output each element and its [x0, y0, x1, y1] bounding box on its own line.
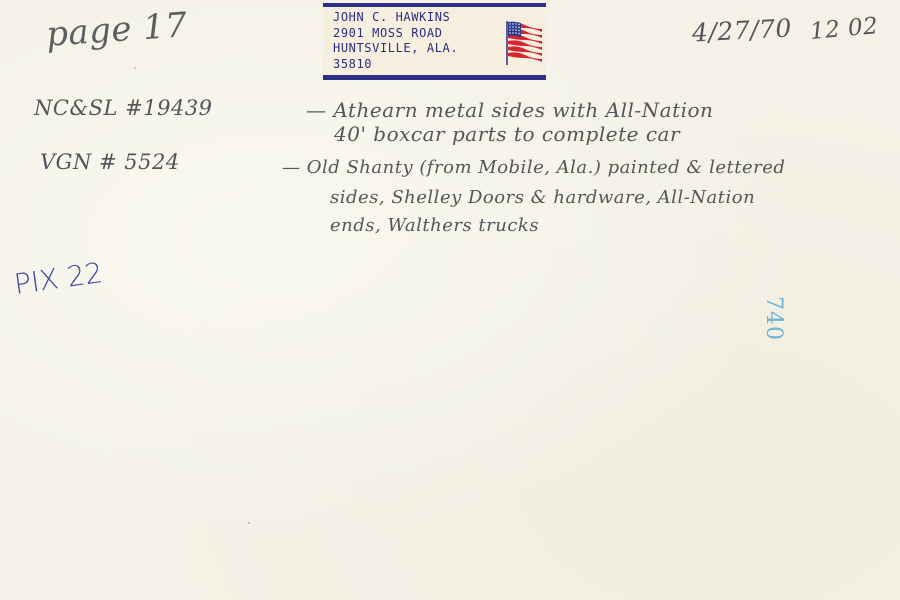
paper-speck [248, 522, 250, 524]
stamp-number: 740 [761, 296, 786, 341]
address-street: 2901 MOSS ROAD [333, 26, 458, 42]
address-label: JOHN C. HAWKINS 2901 MOSS ROAD HUNTSVILL… [323, 3, 546, 80]
car-number-2: VGN # 5524 [40, 150, 180, 174]
entry-1-line-2: 40' boxcar parts to complete car [334, 122, 680, 146]
address-city: HUNTSVILLE, ALA. [333, 41, 458, 57]
us-flag-icon [505, 19, 543, 65]
date-note: 4/27/70 [691, 13, 792, 47]
entry-1-line-1: — Athearn metal sides with All-Nation [306, 98, 713, 122]
time-note: 12 02 [809, 13, 879, 45]
entry-2-line-2: sides, Shelley Doors & hardware, All-Nat… [330, 187, 755, 208]
paper-speck [134, 67, 136, 69]
page-note: page 17 [45, 5, 189, 55]
entry-2-line-3: ends, Walthers trucks [330, 215, 539, 236]
pix-note: PIX 22 [12, 256, 105, 301]
car-number-1: NC&SL #19439 [34, 96, 213, 120]
address-zip: 35810 [333, 57, 458, 73]
address-name: JOHN C. HAWKINS [333, 10, 458, 26]
entry-2-line-1: — Old Shanty (from Mobile, Ala.) painted… [282, 157, 785, 178]
address-lines: JOHN C. HAWKINS 2901 MOSS ROAD HUNTSVILL… [333, 10, 458, 72]
